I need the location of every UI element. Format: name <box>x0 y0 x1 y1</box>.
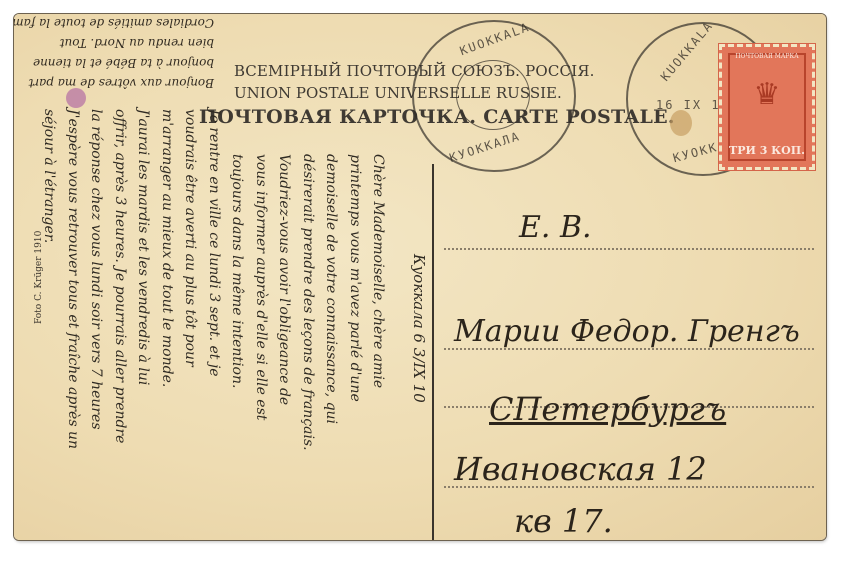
message-line: demoiselle de votre connaissance, qui <box>323 154 339 424</box>
message-line: Je rentre en ville ce lundi 3 sept. et j… <box>206 109 222 377</box>
ink-stain <box>66 88 86 108</box>
message-line: séjour à l'étranger. <box>41 109 57 243</box>
message-line: vous informer auprès d'elle si elle est <box>253 154 269 420</box>
message-line: J'aurai les mardis et les vendredis à lu… <box>135 109 151 385</box>
message-line: Chère Mademoiselle, chère amie <box>370 154 386 388</box>
inverted-line: bonjour à ta Bébé et la tienne <box>33 56 214 70</box>
address-salutation: Е. В. <box>519 210 592 245</box>
message-line: printemps vous m'avez parlé d'une <box>347 154 363 402</box>
message-line: voudrais être averti au plus tôt pour <box>182 109 198 367</box>
message-line: m'arranger au mieux de tout le monde. <box>159 109 175 387</box>
message-line: J'espère vous retrouver tous et fraîche … <box>65 109 81 449</box>
message-line: toujours dans la même intention. <box>229 154 245 388</box>
double-headed-eagle-icon: ♛ <box>722 77 812 112</box>
postcard: ВСЕМІРНЫЙ ПОЧТОВЫЙ СОЮЗЪ. РОССІЯ. UNION … <box>14 14 826 540</box>
message-line: offrir, après 3 heures. Je pourrais alle… <box>112 109 128 443</box>
inverted-line: Bonjour aux vôtres de ma part <box>29 76 214 90</box>
address-recipient: Марии Федор. Гренгъ <box>454 314 800 349</box>
inverted-line: Cordiales amitiés de toute la famille <box>14 16 214 30</box>
postage-stamp: ПОЧТОВАЯ МАРКА ♛ ТРИ 3 КОП. <box>719 44 815 170</box>
message-line: Voudriez-vous avoir l'obligeance de <box>276 154 292 405</box>
date-line: Куоккала 6 3/IX 10 <box>410 254 428 403</box>
inverted-line: bien rendu au Nord. Tout <box>60 36 214 50</box>
photo-credit: Foto C. Krüger 1910 <box>34 231 44 324</box>
address-street: Ивановская 12 <box>454 450 707 488</box>
address-line-guide <box>444 248 814 250</box>
postmark-kuokkala: KUOKKALA КУОККАЛА <box>412 20 576 172</box>
message-line: la réponse chez vous lundi soir vers 7 h… <box>88 109 104 430</box>
address-apartment: кв 17. <box>514 502 613 540</box>
vertical-divider <box>432 164 434 540</box>
message-line: désirerait prendre des leçons de françai… <box>300 154 316 451</box>
address-city: СПетербургъ <box>489 390 726 428</box>
